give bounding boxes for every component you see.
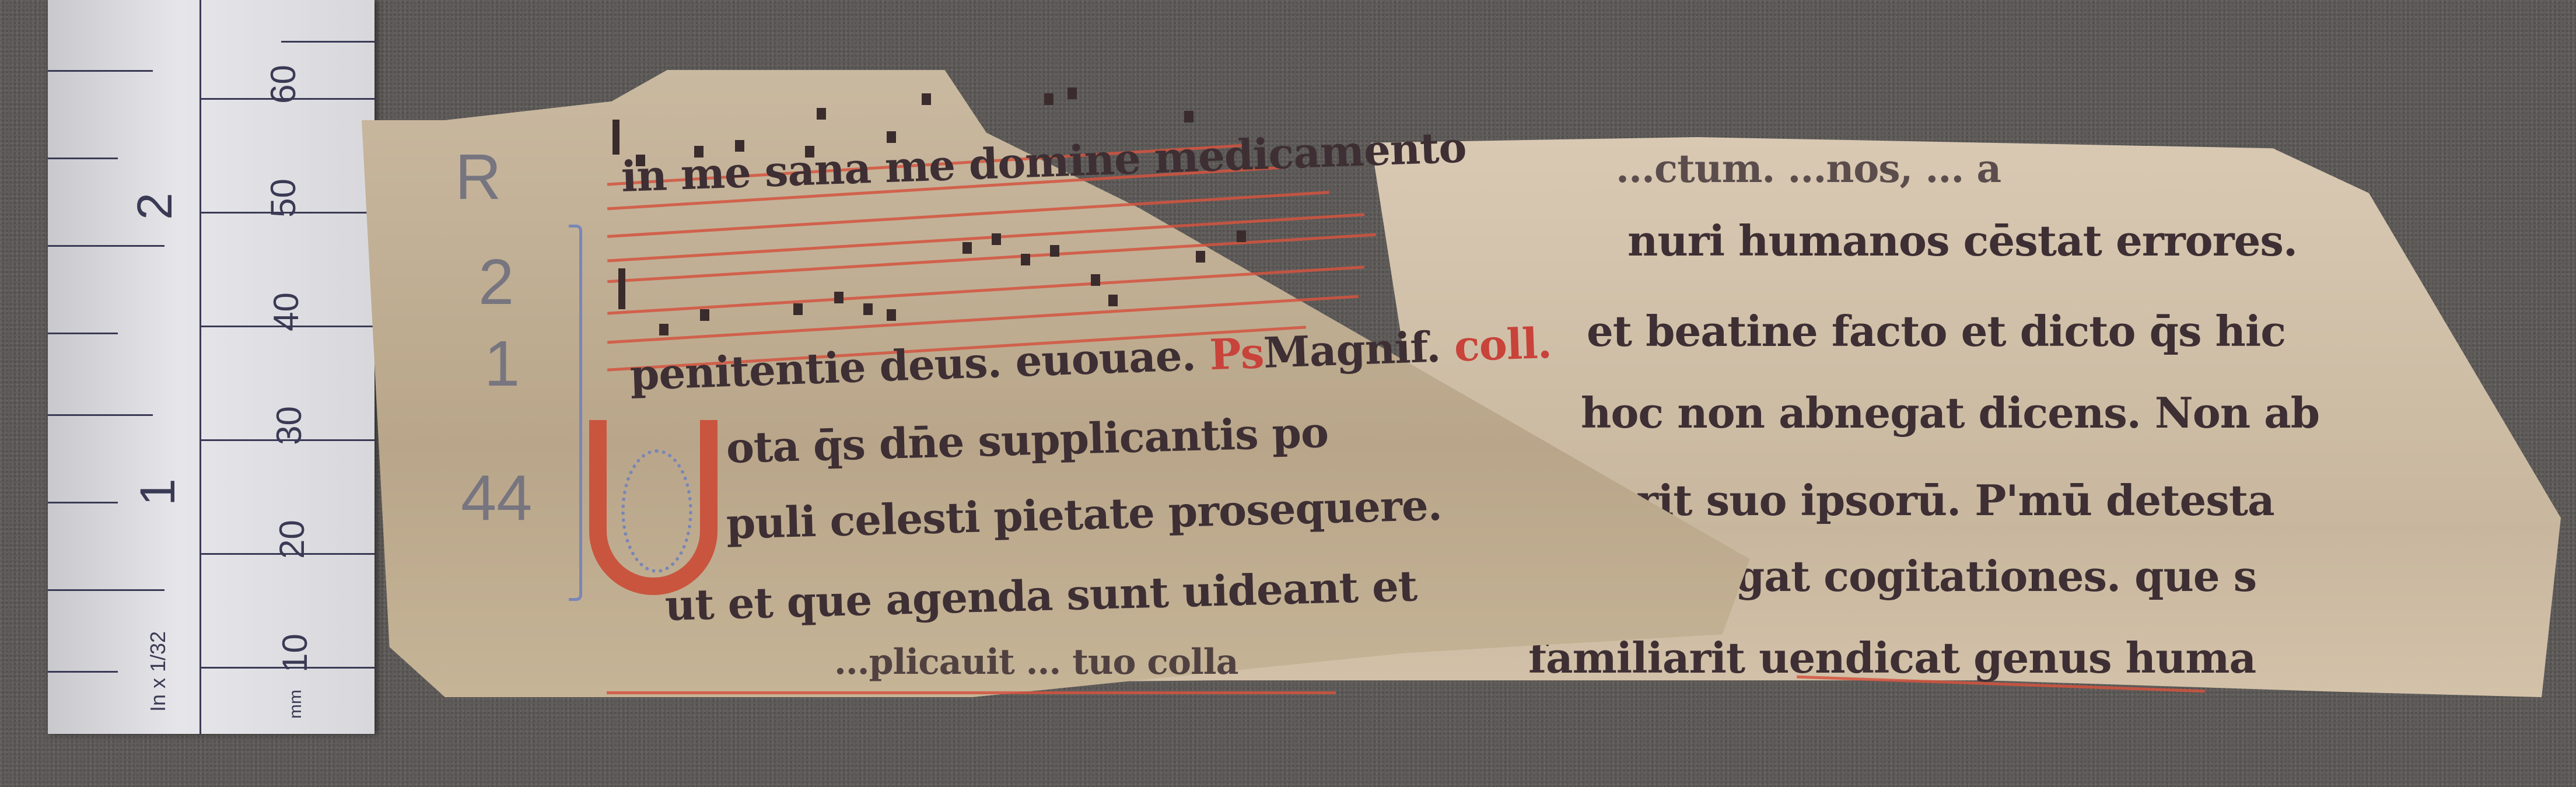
- ruler-divider: [199, 0, 201, 734]
- ruler-mm-label-10: 10: [275, 634, 315, 673]
- neume-icon: [1021, 254, 1030, 265]
- neume-icon: [793, 303, 803, 315]
- pencil-note-2: 2: [478, 245, 514, 319]
- magnificat-label: Magnif.: [1263, 322, 1441, 378]
- right-text-line-3: et beatine facto et dicto q̄s hic: [1587, 306, 2285, 356]
- neume-icon: [922, 93, 931, 105]
- ruler-inch-label-2: 2: [127, 193, 183, 220]
- measuring-ruler: 2 1 In x 1/32 60 50 40 30 20 10 mm: [48, 0, 374, 734]
- pencil-bracket: [569, 225, 582, 601]
- neume-icon: [1196, 251, 1205, 263]
- neume-icon: [817, 108, 826, 120]
- collect-rubric: coll.: [1453, 318, 1552, 371]
- neume-icon: [887, 131, 896, 143]
- ruler-inch-unit: In x 1/32: [146, 631, 170, 712]
- pencil-note-1: 1: [484, 327, 520, 401]
- neume-icon: [1044, 93, 1053, 105]
- initial-penwork: [621, 449, 692, 573]
- clef-icon: [618, 268, 625, 309]
- neume-icon: [1050, 245, 1059, 257]
- neume-icon: [863, 303, 873, 315]
- left-text-line-6: ...plicauit ... tuo colla: [834, 642, 1238, 683]
- neume-icon: [1091, 274, 1100, 286]
- pencil-note-44: 44: [461, 461, 532, 535]
- ruler-tick: [48, 245, 164, 247]
- right-text-line-2: nuri humanos cēstat errores.: [1627, 216, 2297, 265]
- pencil-note-r: R: [455, 140, 501, 214]
- right-text-line-1: ...ctum. ...nos, ... a: [1616, 146, 2001, 191]
- ruler-mm-label-30: 30: [269, 406, 309, 445]
- neume-icon: [1184, 111, 1193, 123]
- neume-icon: [887, 309, 896, 321]
- neume-icon: [992, 233, 1001, 245]
- neume-icon: [659, 324, 668, 335]
- right-text-line-7: familiarit uendicat genus huma: [1528, 633, 2256, 683]
- ruler-mm-label-60: 60: [263, 65, 303, 104]
- neume-icon: [700, 309, 709, 321]
- psalm-rubric: Ps: [1209, 328, 1265, 379]
- ruler-tick: [48, 158, 118, 159]
- ruler-tick: [48, 70, 153, 72]
- ruler-mm-label-40: 40: [266, 292, 306, 331]
- ruler-tick: [48, 589, 164, 591]
- ruler-tick: [48, 414, 153, 416]
- neume-icon: [1067, 88, 1077, 99]
- right-text-line-5: parit suo ipsorū. P'mū detesta: [1581, 475, 2274, 525]
- ruler-mm-label-20: 20: [272, 520, 312, 559]
- clef-icon: [612, 120, 619, 155]
- neume-icon: [834, 292, 843, 303]
- neume-icon: [963, 242, 972, 254]
- ruler-tick: [281, 41, 374, 43]
- neume-icon: [1237, 230, 1246, 242]
- ruler-tick: [48, 502, 118, 503]
- neume-icon: [1108, 295, 1118, 306]
- ruler-tick: [48, 333, 118, 334]
- ruler-inch-label-1: 1: [129, 478, 186, 506]
- ruler-tick: [48, 671, 118, 673]
- right-text-line-4: hoc non abnegat dicens. Non ab: [1581, 388, 2319, 438]
- ruler-mm-unit: mm: [286, 690, 306, 719]
- ruler-mm-label-50: 50: [263, 179, 303, 218]
- ruling-line-red: [607, 691, 1336, 694]
